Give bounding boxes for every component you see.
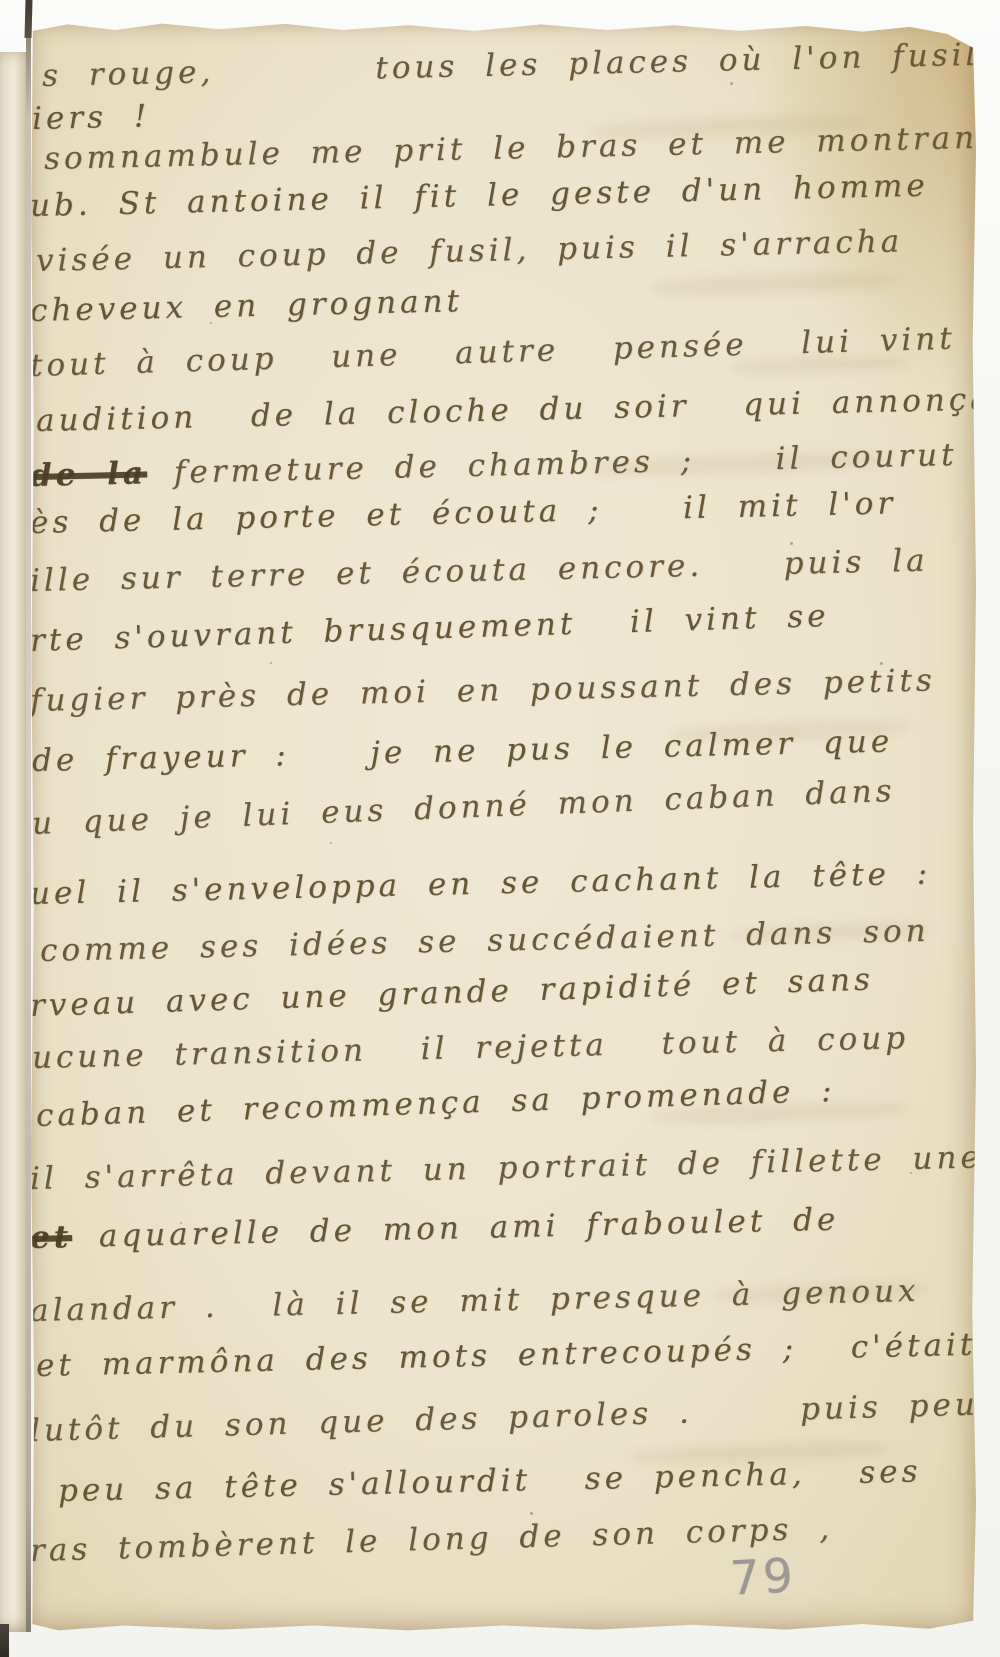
- paper-speck: [530, 1512, 533, 1515]
- manuscript-line: iers !: [32, 98, 151, 137]
- manuscript-line: il s'arrêta devant un portrait de fillet…: [30, 1139, 984, 1197]
- scan-background: s rouge, tous les places où l'on fusilla…: [0, 0, 1000, 1657]
- paper-speck: [730, 82, 733, 85]
- manuscript-line: u que je lui eus donné mon caban dans: [31, 773, 896, 842]
- manuscript-line: de la fermeture de chambres ; il courut: [30, 437, 958, 494]
- manuscript-line: s rouge, tous les places où l'on fusilla…: [42, 33, 1000, 94]
- manuscript-line: comme ses idées se succédaient dans son: [40, 913, 930, 969]
- adjacent-page-edge: [0, 52, 26, 1632]
- manuscript-line: uel il s'enveloppa en se cachant la tête…: [30, 856, 932, 912]
- paper-speck: [270, 662, 272, 664]
- page-number: 79: [729, 1548, 798, 1606]
- manuscript-line: peu sa tête s'allourdit se pencha, ses: [58, 1453, 922, 1509]
- manuscript-line: caban et recommença sa promenade :: [35, 1073, 836, 1134]
- manuscript-line: ucune transition il rejetta tout à coup: [32, 1020, 910, 1076]
- binding-crease: [26, 22, 31, 1632]
- binding-mark-bottom: [0, 1624, 9, 1657]
- manuscript-line: audition de la cloche du soir qui annonç…: [36, 381, 1000, 439]
- paper-speck: [790, 542, 793, 545]
- manuscript-line: cheveux en grognant: [30, 283, 464, 329]
- manuscript-line: lutôt du son que des paroles . puis peu: [29, 1387, 979, 1449]
- manuscript-line: ès de la porte et écouta ; il mit l'or: [30, 485, 897, 541]
- manuscript-line: alandar . là il se mit presque à genoux: [30, 1273, 920, 1329]
- ink-bleed-smudge: [650, 270, 901, 299]
- manuscript-line: visée un coup de fusil, puis il s'arrach…: [36, 223, 904, 279]
- manuscript-line: et marmôna des mots entrecoupés ; c'étai…: [36, 1327, 977, 1384]
- manuscript-line: fugier près de moi en poussant des petit…: [30, 662, 937, 719]
- binding-mark-top: [25, 0, 33, 38]
- manuscript-line: ille sur terre et écouta encore. puis la: [30, 543, 929, 599]
- manuscript-line: ub. St antoine il fit le geste d'un homm…: [30, 168, 929, 224]
- manuscript-line: et aquarelle de mon ami fraboulet de: [30, 1202, 840, 1256]
- manuscript-line: tout à coup une autre pensée lui vint ..: [29, 319, 1000, 384]
- manuscript-line: de frayeur : je ne pus le calmer que: [32, 723, 894, 779]
- manuscript-line: rveau avec une grande rapidité et sans: [29, 961, 874, 1023]
- manuscript-line: ras tombèrent le long de son corps ,: [29, 1511, 833, 1569]
- paper-speck: [330, 842, 332, 844]
- manuscript-page: s rouge, tous les places où l'on fusilla…: [30, 22, 976, 1632]
- manuscript-line: rte s'ouvrant brusquement il vint se: [29, 598, 830, 659]
